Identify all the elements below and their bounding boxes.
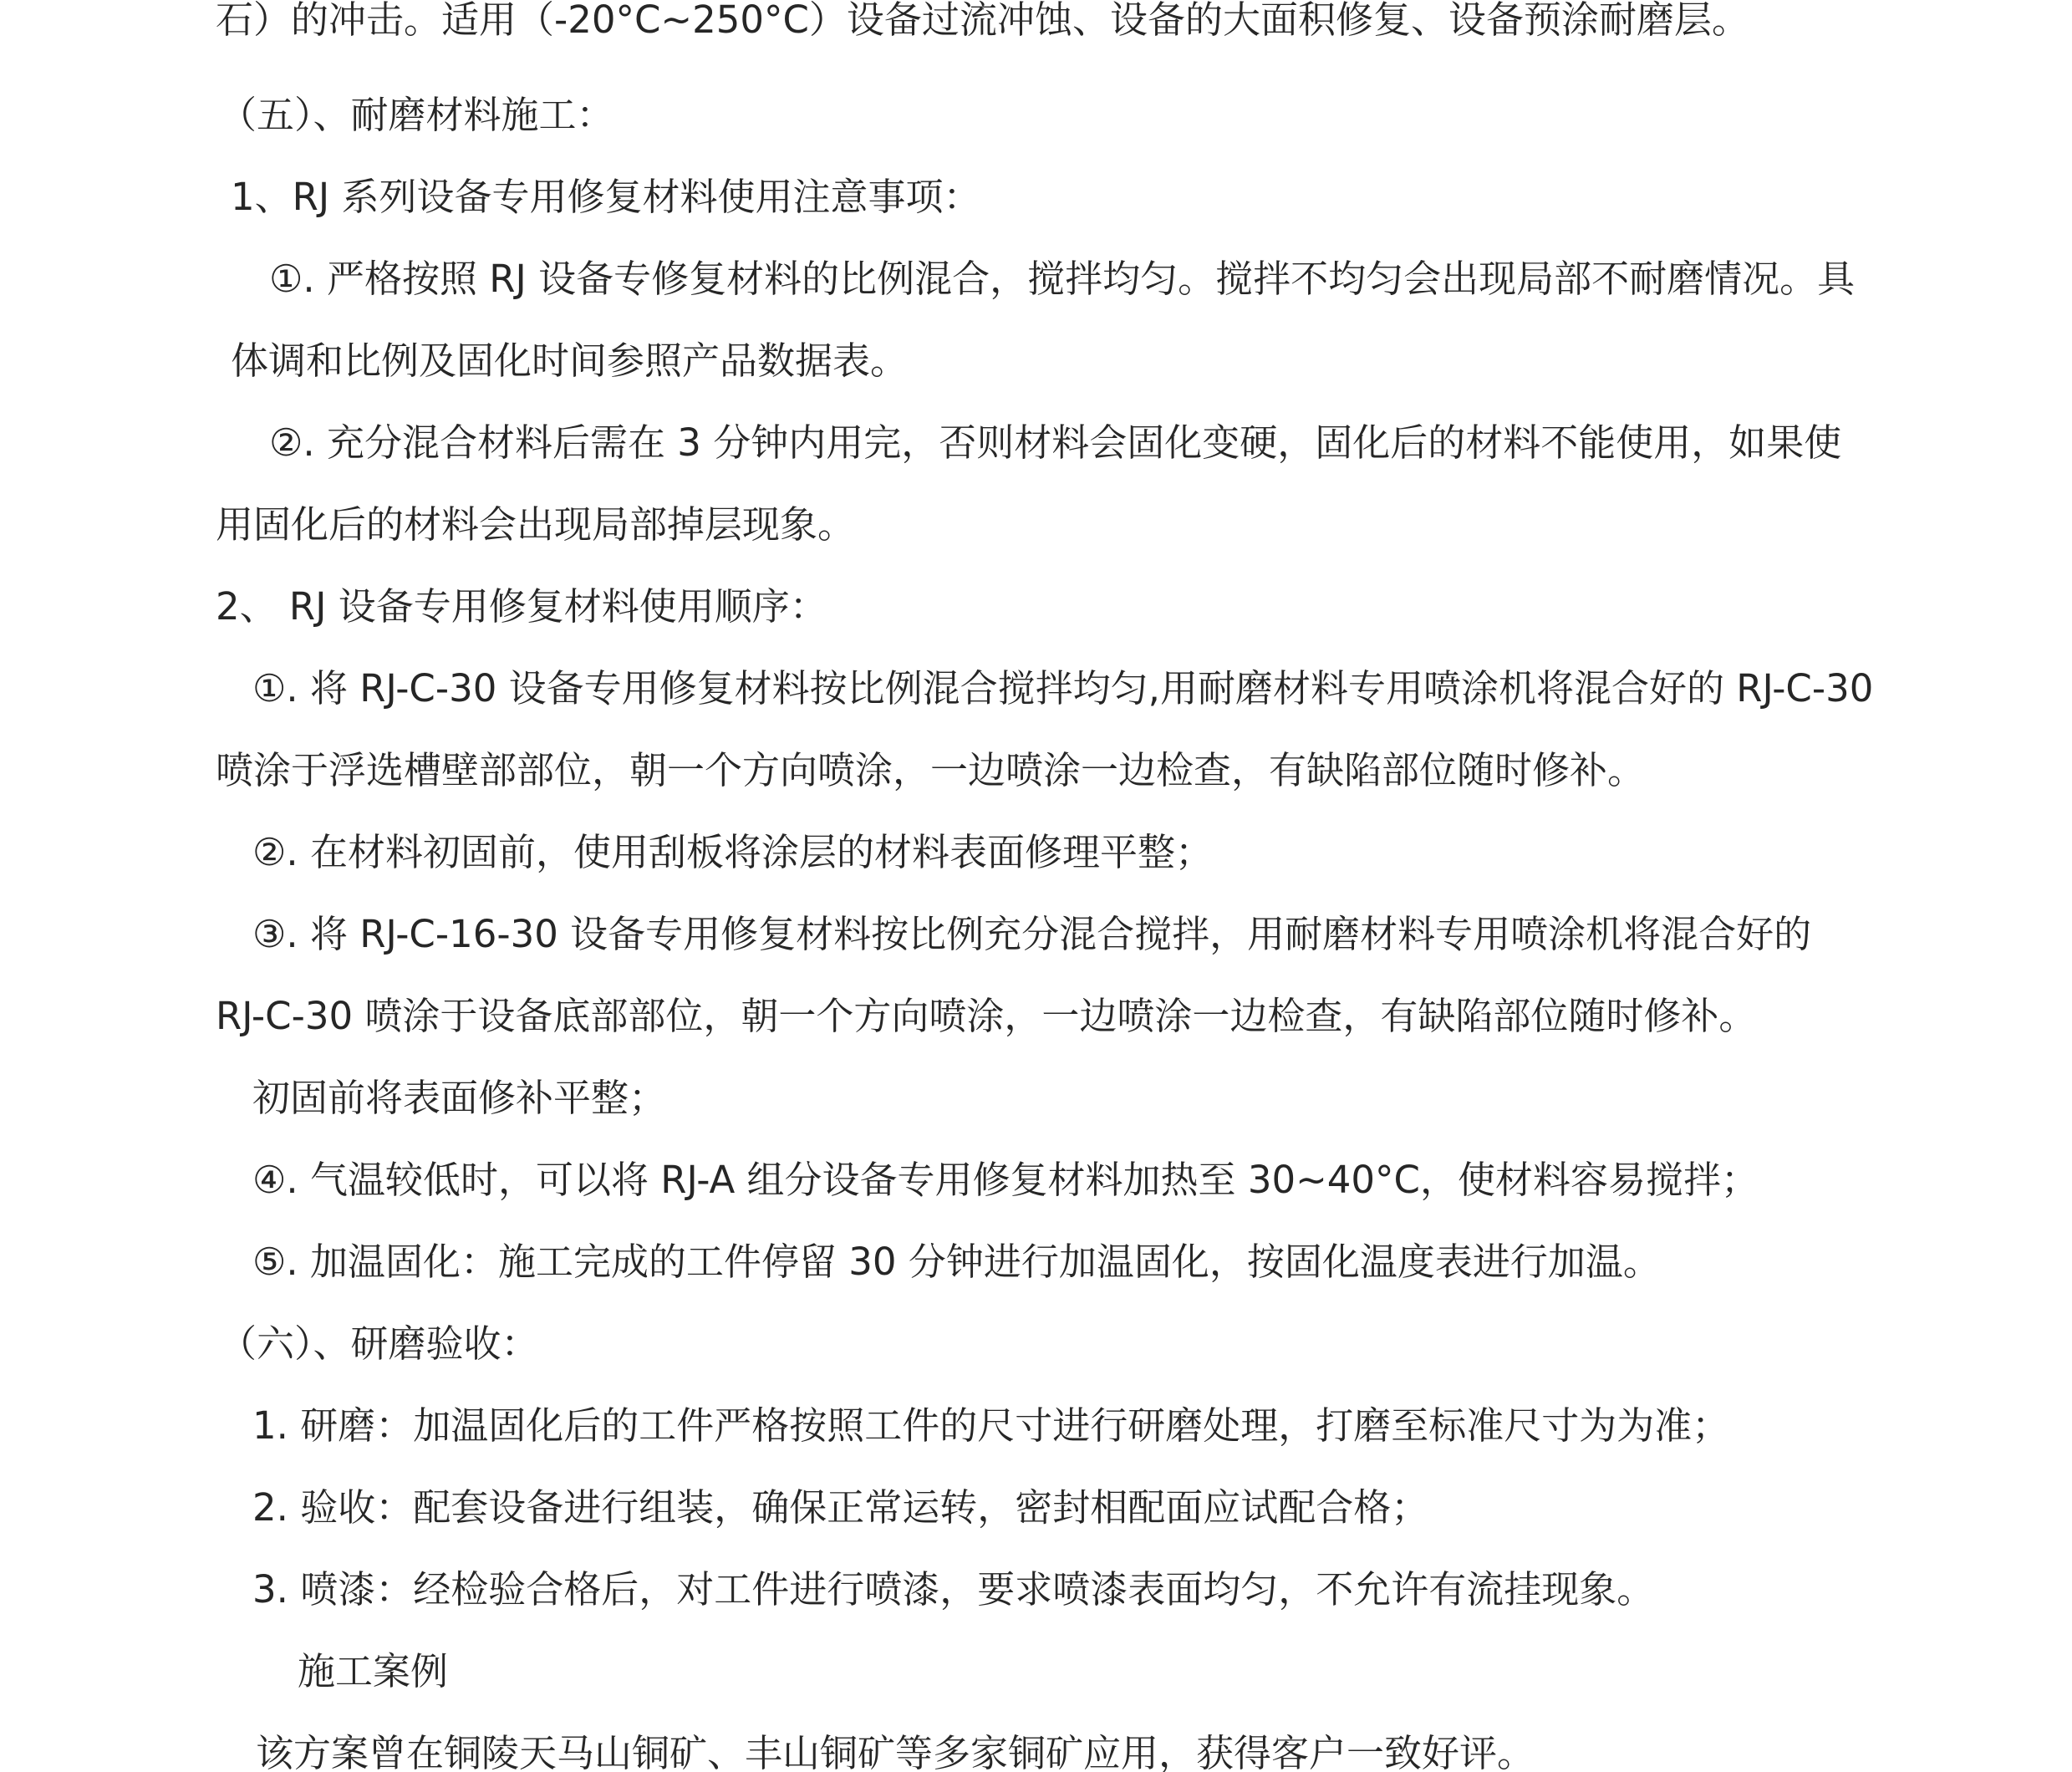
list-item-precaution-2: ②. 充分混合材料后需在 3 分钟内用完，否则材料会固化变硬，固化后的材料不能使…: [269, 418, 1841, 468]
list-item-step-3-continuation: RJ-C-30 喷涂于设备底部部位，朝一个方向喷涂，一边喷涂一边检查，有缺陷部位…: [216, 991, 1756, 1041]
list-item-step-5: ⑤. 加温固化：施工完成的工件停留 30 分钟进行加温固化，按固化温度表进行加温…: [252, 1237, 1661, 1287]
section-heading-6: （六）、研磨验收：: [219, 1319, 539, 1369]
list-item-step-1-continuation: 喷涂于浮选槽壁部部位，朝一个方向喷涂，一边喷涂一边检查，有缺陷部位随时修补。: [216, 746, 1645, 796]
list-item-step-2: ②. 在材料初固前，使用刮板将涂层的材料表面修理平整；: [252, 827, 1213, 878]
list-item-acceptance: 2. 验收：配套设备进行组装，确保正常运转，密封相配面应试配合格；: [252, 1483, 1428, 1533]
list-item-precaution-1-continuation: 体调和比例及固化时间参照产品数据表。: [231, 336, 908, 386]
list-item-step-4: ④. 气温较低时，可以将 RJ-A 组分设备专用修复材料加热至 30~40°C，…: [252, 1155, 1759, 1205]
paragraph-case-description: 该方案曾在铜陵天马山铜矿、丰山铜矿等多家铜矿应用，获得客户一致好评。: [256, 1729, 1535, 1772]
section-heading-5: （五）、耐磨材料施工：: [219, 90, 614, 140]
list-item-grinding: 1. 研磨：加温固化后的工件严格按照工件的尺寸进行研磨处理，打磨至标准尺寸为为准…: [252, 1401, 1729, 1451]
list-item-step-3-continuation-2: 初固前将表面修补平整；: [252, 1073, 666, 1123]
list-item-precaution-1: ①. 严格按照 RJ 设备专修复材料的比例混合，搅拌均匀。搅拌不均匀会出现局部不…: [269, 254, 1855, 304]
list-item-step-1: ①. 将 RJ-C-30 设备专用修复材料按比例混合搅拌均匀,用耐磨材料专用喷涂…: [252, 664, 1873, 714]
list-item-painting: 3. 喷漆：经检验合格后，对工件进行喷漆，要求喷漆表面均匀，不允许有流挂现象。: [252, 1565, 1654, 1615]
list-item-step-3: ③. 将 RJ-C-16-30 设备专用修复材料按比例充分混合搅拌，用耐磨材料专…: [252, 909, 1811, 960]
subheading-usage-order: 2、 RJ 设备专用修复材料使用顺序：: [216, 582, 827, 632]
list-item-precaution-2-continuation: 用固化后的材料会出现局部掉层现象。: [216, 500, 855, 550]
paragraph-line-intro-continuation: 石）的冲击。适用（-20°C~250°C）设备过流冲蚀、设备的大面积修复、设备预…: [216, 0, 1749, 45]
subheading-precautions: 1、RJ 系列设备专用修复材料使用注意事项：: [231, 172, 980, 222]
heading-construction-case: 施工案例: [298, 1647, 448, 1697]
